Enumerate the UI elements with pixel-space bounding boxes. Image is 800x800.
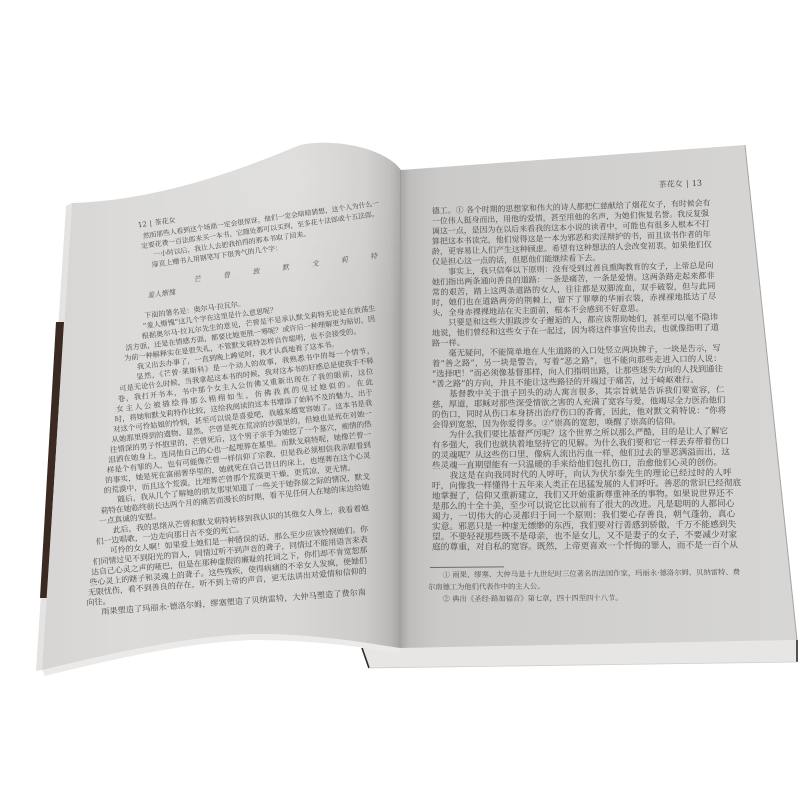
right-page-text: 茶花女|13 ① 雨果、缪塞、大仲马是十九世纪时三位著名的法国作家，玛丽永·德洛… bbox=[0, 0, 800, 800]
text-line: 庭的尊重，对自私的宽容。既然，上帝更喜欢一个忏悔的罪人，而不是一百个从 bbox=[432, 541, 738, 553]
footnote-line: 尔南德工为他们代表作中的主人公。 bbox=[428, 582, 741, 593]
running-head-separator: | bbox=[686, 180, 689, 189]
footnote-rule bbox=[430, 566, 504, 568]
page-number: 13 bbox=[692, 179, 702, 188]
footnote-line: ① 雨果、缪塞、大仲马是十九世纪时三位著名的法国作家，玛丽永·德洛尔姆、贝纳雷特… bbox=[428, 569, 740, 581]
running-head-title: 茶花女 bbox=[659, 180, 683, 190]
right-running-head: 茶花女|13 bbox=[659, 179, 703, 190]
footnote-line: ② 典出《圣经·路加福音》第七章，四十四至四十八节。 bbox=[428, 594, 742, 605]
